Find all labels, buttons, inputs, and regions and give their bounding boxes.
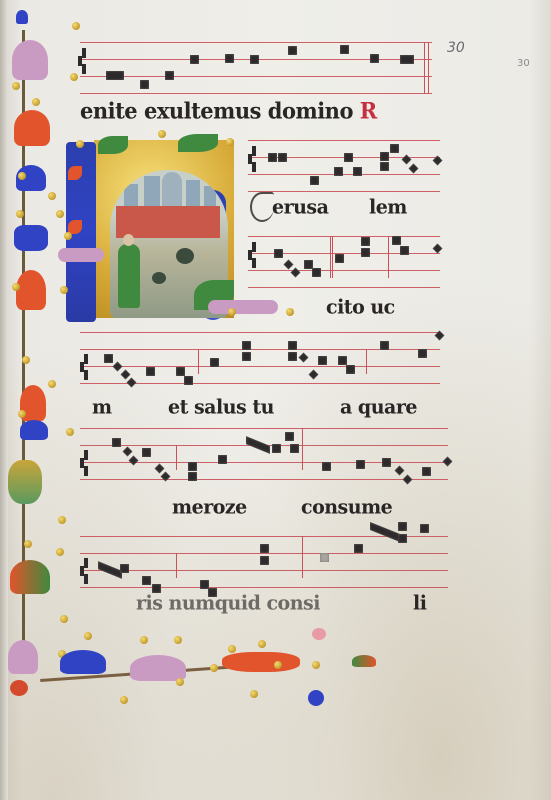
lyric-line-2b: lem (369, 195, 407, 218)
music-staff-6 (80, 536, 448, 578)
lyric-line-2a: erusa (272, 195, 328, 218)
lyric-line-4a: m (92, 395, 112, 418)
prophet-figure (118, 244, 140, 308)
carnation-flower-icon (352, 655, 376, 667)
lyric-line-5b: consume (301, 495, 392, 518)
acanthus-leaf-icon (130, 655, 186, 681)
tree-icon (176, 248, 194, 264)
music-staff-5 (80, 428, 448, 470)
rubric-response-sign: R (360, 97, 377, 123)
music-staff-3 (248, 236, 440, 278)
music-staff-4 (80, 332, 440, 374)
lyric-line-6b: li (413, 591, 426, 614)
folio-number-ink: 30 (447, 40, 465, 56)
bird-grotesque-icon (8, 640, 38, 674)
lyric-line-6a: ris numquid consi (136, 591, 320, 614)
dragon-grotesque-icon (8, 460, 42, 504)
lyric-text: enite exultemus domino (80, 97, 353, 123)
binding-gutter (0, 0, 8, 800)
lyric-line-4b: et salus tu (168, 395, 274, 418)
folio-number-pencil: 30 (517, 58, 530, 69)
lyric-line-3: cito uc (326, 295, 395, 318)
illuminated-initial (58, 130, 236, 330)
lyric-line-5a: meroze (172, 495, 247, 518)
acanthus-leaf-icon (12, 40, 48, 80)
lyric-line-4c: a quare (340, 395, 417, 418)
lyric-line-1: enite exultemus domino R (80, 97, 377, 123)
city-wall (116, 206, 220, 238)
manuscript-page: 30 30 enite exultemus domino R (0, 0, 551, 800)
c-clef-icon (82, 48, 86, 58)
music-staff-1 (80, 42, 432, 84)
music-staff-2 (248, 140, 440, 182)
pen-flourished-initial-i (250, 192, 274, 222)
